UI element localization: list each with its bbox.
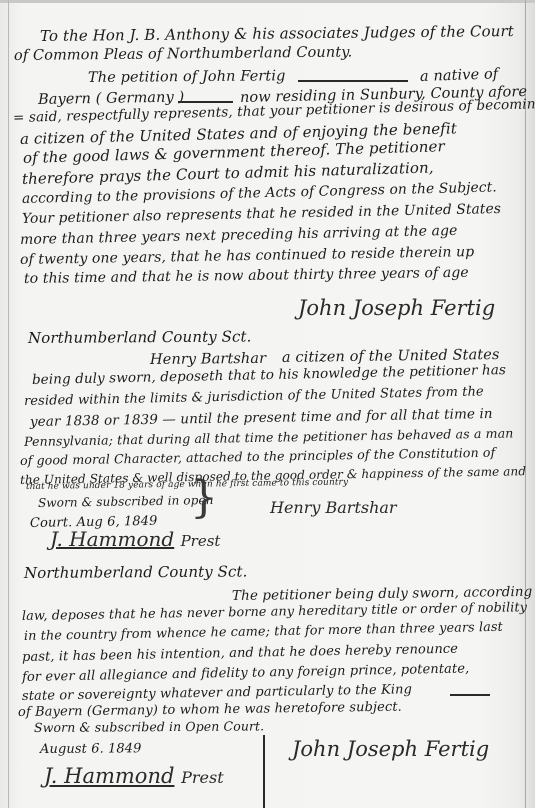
official-title: Prest — [181, 768, 224, 787]
right-page-edge — [525, 0, 526, 808]
official-signature: J. Hammond Prest — [50, 527, 220, 551]
blank-line — [178, 101, 233, 103]
bracket-mark: } — [190, 476, 218, 520]
petition-intro-line: The petition of John Fertig — [88, 69, 286, 85]
petition-body-line: of twenty one years, that he has continu… — [20, 245, 475, 267]
official-signature-name: J. Hammond — [44, 764, 174, 788]
affidavit-heading: Northumberland County Sct. — [28, 329, 252, 346]
affidavit-body-line: of good moral Character, attached to the… — [20, 447, 496, 468]
oath-body-line: for ever all allegiance and fidelity to … — [22, 662, 470, 684]
official-signature: J. Hammond Prest — [44, 764, 224, 788]
petition-body-line: a native of — [420, 67, 499, 84]
affidavit-addendum-line: that he was under 18 years of age when h… — [26, 479, 348, 492]
petition-address-line: of Common Pleas of Northumberland County… — [14, 45, 352, 63]
petition-address-line: To the Hon J. B. Anthony & his associate… — [40, 24, 514, 44]
witness-signature: Henry Bartshar — [270, 498, 397, 517]
document-page: To the Hon J. B. Anthony & his associate… — [0, 0, 535, 808]
petition-body-line: to this time and that he is now about th… — [24, 266, 469, 286]
oath-heading: Northumberland County Sct. — [24, 564, 248, 581]
affidavit-body-line: resided within the limits & jurisdiction… — [24, 385, 484, 408]
oath-body-line: of Bayern (Germany) to whom he was heret… — [18, 701, 402, 719]
petitioner-signature: John Joseph Fertig — [298, 296, 495, 320]
scan-edge-top — [0, 0, 535, 3]
oath-body-line: past, it has been his intention, and tha… — [22, 643, 458, 664]
petitioner-signature: John Joseph Fertig — [292, 737, 489, 761]
official-signature-name: J. Hammond — [50, 527, 174, 551]
blank-line — [298, 80, 408, 82]
sworn-date-line: August 6. 1849 — [40, 742, 142, 756]
left-margin-rule — [8, 0, 9, 808]
petition-body-line: Bayern ( Germany ) — [38, 90, 185, 107]
sworn-line: Sworn & subscribed in open — [38, 494, 214, 509]
bracket-line — [263, 735, 265, 808]
sworn-line: Sworn & subscribed in Open Court. — [34, 720, 264, 734]
affidavit-body-line: being duly sworn, deposeth that to his k… — [32, 364, 506, 387]
petition-body-line: more than three years next preceding his… — [20, 224, 458, 247]
witness-name: Henry Bartshar — [150, 352, 266, 368]
blank-line — [450, 694, 490, 696]
oath-body-line: in the country from whence he came; that… — [24, 622, 503, 644]
official-title: Prest — [181, 532, 221, 550]
